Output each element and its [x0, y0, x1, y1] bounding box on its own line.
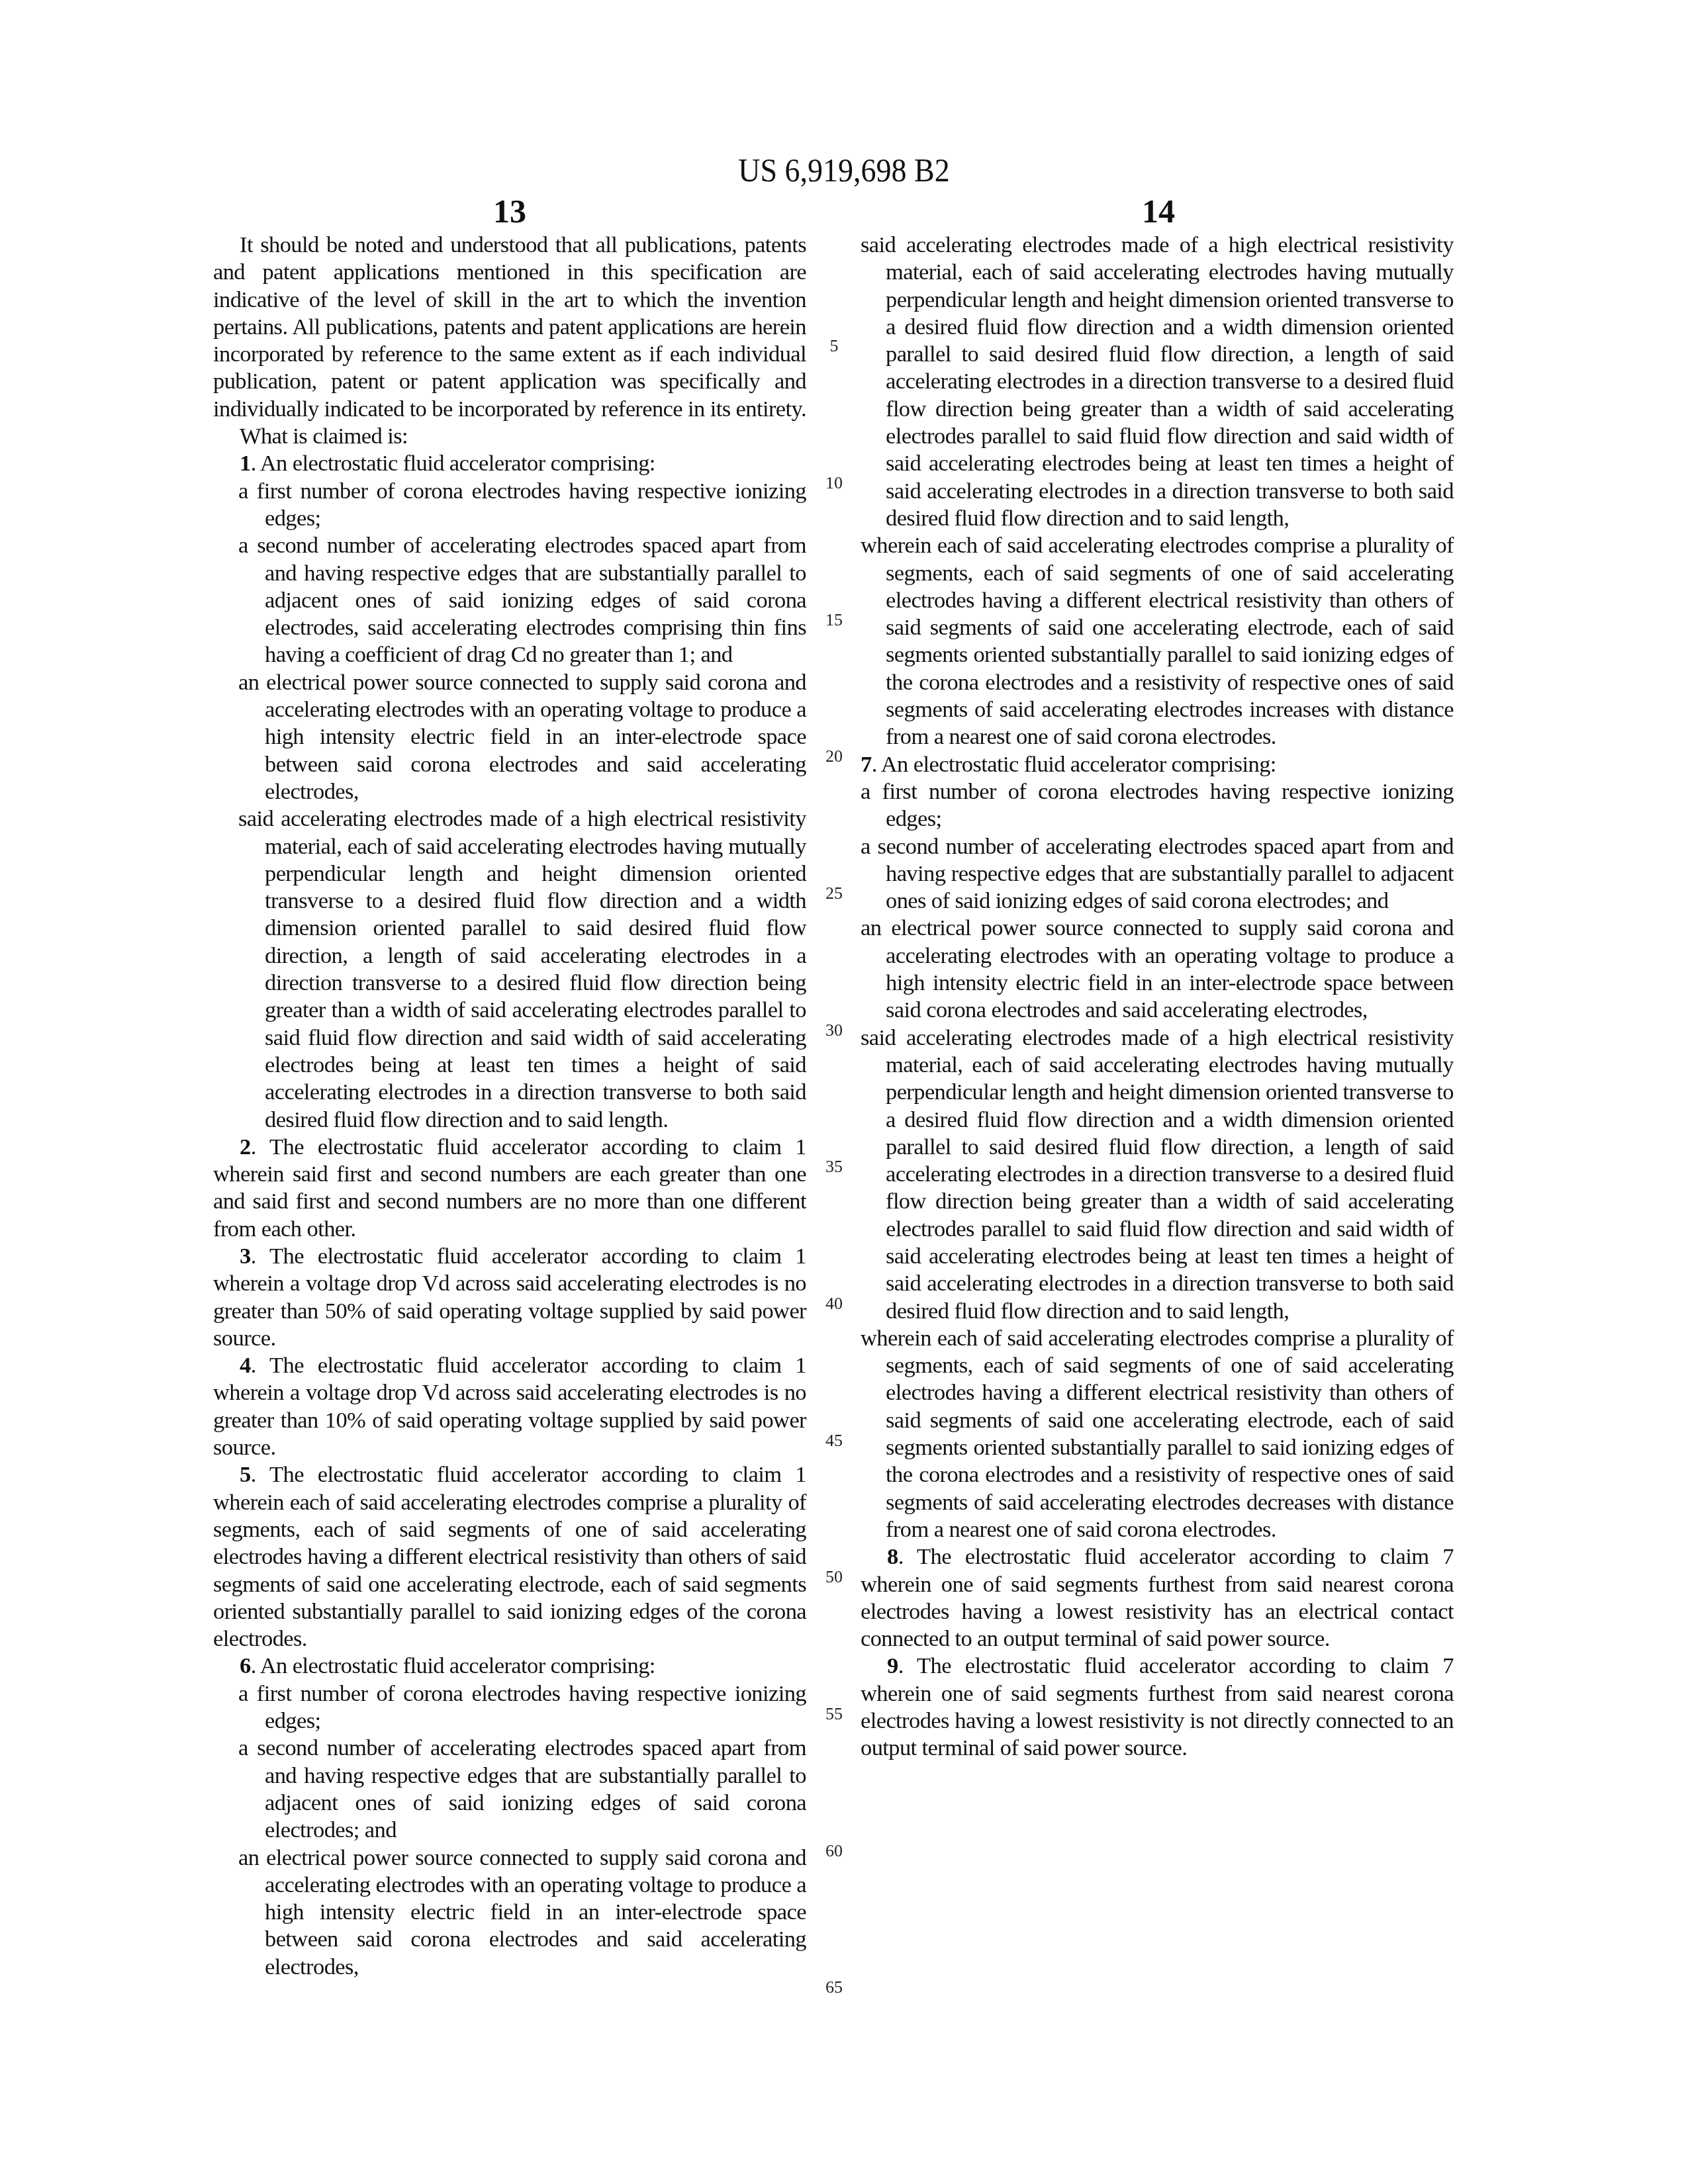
claim-8: 8. The electrostatic fluid accelerator a…	[861, 1543, 1454, 1653]
left-column: It should be noted and understood that a…	[213, 232, 806, 1981]
claim-5: 5. The electrostatic fluid accelerator a…	[213, 1461, 806, 1653]
claim-7-element: wherein each of said accelerating electr…	[861, 1325, 1454, 1543]
claim-number: 1	[240, 451, 251, 476]
claim-6-element: said accelerating electrodes made of a h…	[861, 232, 1454, 532]
line-number: 5	[821, 336, 847, 356]
line-number: 30	[821, 1021, 847, 1040]
claim-1-lead: 1. An electrostatic fluid accelerator co…	[213, 450, 806, 477]
claim-7-element: an electrical power source connected to …	[861, 915, 1454, 1024]
claims-intro: What is claimed is:	[213, 423, 806, 450]
claim-7-element: a second number of accelerating electrod…	[861, 833, 1454, 915]
line-number: 40	[821, 1294, 847, 1314]
line-number: 45	[821, 1431, 847, 1451]
column-number-left: 13	[444, 192, 576, 230]
claim-3: 3. The electrostatic fluid accelerator a…	[213, 1243, 806, 1352]
line-number: 15	[821, 610, 847, 630]
claim-7-element: said accelerating electrodes made of a h…	[861, 1024, 1454, 1325]
column-number-right: 14	[1092, 192, 1225, 230]
line-number: 65	[821, 1978, 847, 1997]
line-number: 10	[821, 473, 847, 493]
right-column: said accelerating electrodes made of a h…	[861, 232, 1454, 1762]
line-number: 50	[821, 1567, 847, 1587]
line-number: 35	[821, 1157, 847, 1177]
claim-9: 9. The electrostatic fluid accelerator a…	[861, 1653, 1454, 1762]
intro-paragraph: It should be noted and understood that a…	[213, 232, 806, 423]
claim-1-element: a first number of corona electrodes havi…	[213, 478, 806, 533]
claim-6-element: an electrical power source connected to …	[213, 1844, 806, 1981]
claim-4: 4. The electrostatic fluid accelerator a…	[213, 1352, 806, 1461]
claim-7-lead: 7. An electrostatic fluid accelerator co…	[861, 751, 1454, 778]
claim-1-element: a second number of accelerating electrod…	[213, 532, 806, 668]
claim-6-element: wherein each of said accelerating electr…	[861, 532, 1454, 751]
claim-2: 2. The electrostatic fluid accelerator a…	[213, 1134, 806, 1243]
claim-1-element: said accelerating electrodes made of a h…	[213, 805, 806, 1134]
line-number: 55	[821, 1704, 847, 1724]
line-number: 60	[821, 1841, 847, 1861]
line-number: 25	[821, 884, 847, 903]
claim-6-lead: 6. An electrostatic fluid accelerator co…	[213, 1653, 806, 1680]
claim-1-element: an electrical power source connected to …	[213, 669, 806, 805]
claim-7-element: a first number of corona electrodes havi…	[861, 778, 1454, 833]
claim-6-element: a second number of accelerating electrod…	[213, 1735, 806, 1844]
claim-6-element: a first number of corona electrodes havi…	[213, 1680, 806, 1735]
line-number: 20	[821, 747, 847, 766]
patent-number: US 6,919,698 B2	[68, 151, 1620, 189]
